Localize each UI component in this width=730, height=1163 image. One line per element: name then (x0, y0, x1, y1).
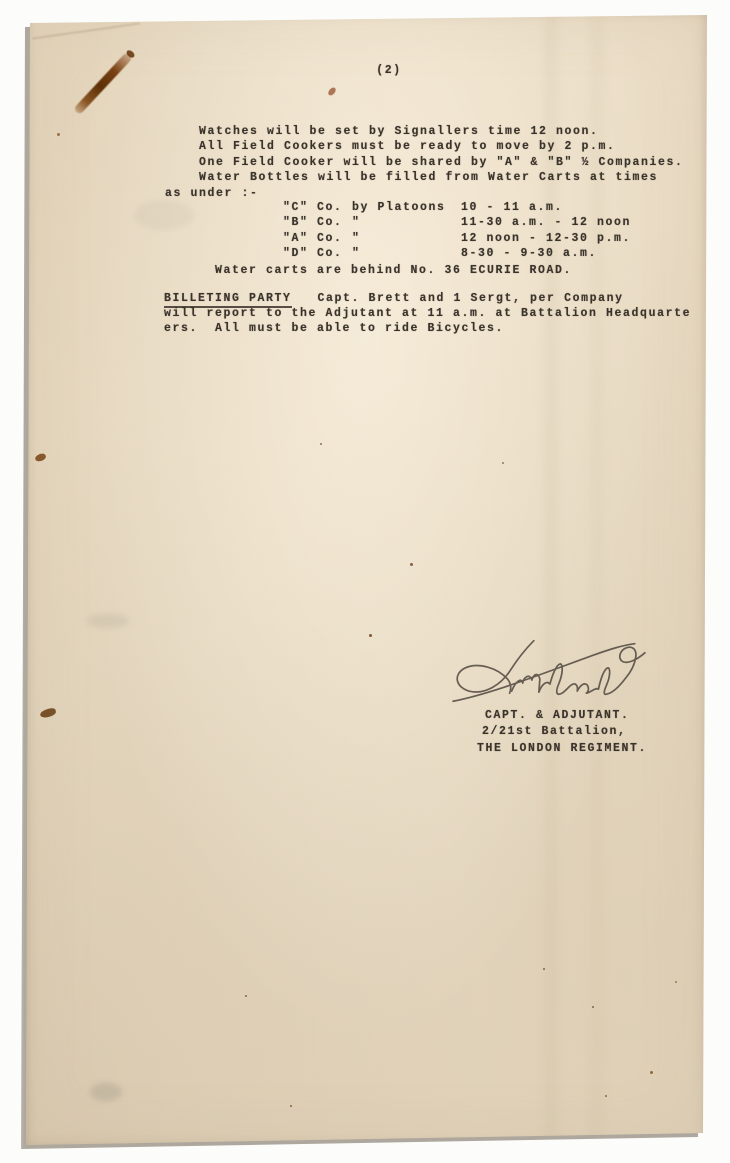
billeting-section: BILLETING PARTYCapt. Brett and 1 Sergt, … (164, 291, 709, 337)
ditto-mark: " (352, 216, 361, 229)
rust-stain-streak (73, 52, 133, 115)
ink-speck (650, 1071, 653, 1074)
ink-smudge-mark (327, 86, 337, 97)
ink-speck (245, 995, 247, 997)
smudge-mark (87, 614, 129, 628)
water-schedule-row: "D" Co. " 8-30 - 9-30 a.m. (165, 247, 710, 262)
ink-speck (369, 634, 372, 637)
water-schedule-row: "A" Co. " 12 noon - 12-30 p.m. (165, 232, 710, 247)
ditto-mark: " (352, 247, 361, 260)
paper-sheet: (2) Watches will be set by Signallers ti… (24, 10, 708, 1150)
order-line: Water Bottles will be filled from Water … (165, 170, 710, 185)
method-cell: by Platoons (352, 201, 446, 214)
paper-crease (32, 22, 139, 39)
water-schedule-row: "C" Co. by Platoons 10 - 11 a.m. (165, 201, 710, 216)
company-cell: "C" Co. (283, 201, 343, 214)
page-number: (2) (354, 64, 424, 77)
signer-details: CAPT. & ADJUTANT. 2/21st Battalion, THE … (477, 708, 647, 757)
signer-battalion: 2/21st Battalion, (477, 724, 647, 740)
billeting-first-line: BILLETING PARTYCapt. Brett and 1 Sergt, … (164, 291, 709, 306)
paper-wrap: (2) Watches will be set by Signallers ti… (24, 10, 708, 1150)
signer-regiment: THE LONDON REGIMENT. (477, 741, 647, 757)
order-line: All Field Cookers must be ready to move … (165, 139, 710, 154)
left-margin-stain (39, 707, 56, 719)
company-cell: "B" Co. (283, 216, 343, 229)
order-line: as under :- (165, 186, 710, 201)
signature-scribble (447, 636, 659, 713)
signer-rank: CAPT. & ADJUTANT. (477, 708, 647, 724)
left-margin-stain (34, 452, 47, 462)
company-cell: "D" Co. (283, 247, 343, 260)
time-cell: 10 - 11 a.m. (461, 201, 563, 214)
orders-section: Watches will be set by Signallers time 1… (165, 124, 710, 278)
ditto-mark: " (352, 232, 361, 245)
water-carts-note: Water carts are behind No. 36 ECURIE ROA… (165, 263, 710, 278)
smudge-mark (90, 1083, 122, 1101)
ink-speck (410, 563, 413, 566)
ink-speck (57, 133, 60, 136)
time-cell: 11-30 a.m. - 12 noon (461, 216, 631, 229)
order-line: One Field Cooker will be shared by "A" &… (165, 155, 710, 170)
ink-speck (605, 1095, 607, 1097)
ink-speck (502, 462, 504, 464)
billeting-text: will report to the Adjutant at 11 a.m. a… (164, 306, 709, 321)
time-cell: 12 noon - 12-30 p.m. (461, 232, 631, 245)
ink-speck (320, 443, 322, 445)
ink-speck (290, 1105, 292, 1107)
billeting-text: Capt. Brett and 1 Sergt, per Company (318, 292, 624, 305)
billeting-text: ers. All must be able to ride Bicycles. (164, 321, 709, 336)
water-schedule-row: "B" Co. " 11-30 a.m. - 12 noon (165, 216, 710, 231)
time-cell: 8-30 - 9-30 a.m. (461, 247, 597, 260)
scan-background: (2) Watches will be set by Signallers ti… (0, 0, 730, 1163)
company-cell: "A" Co. (283, 232, 343, 245)
order-line: Watches will be set by Signallers time 1… (165, 124, 710, 139)
ink-speck (675, 981, 677, 983)
